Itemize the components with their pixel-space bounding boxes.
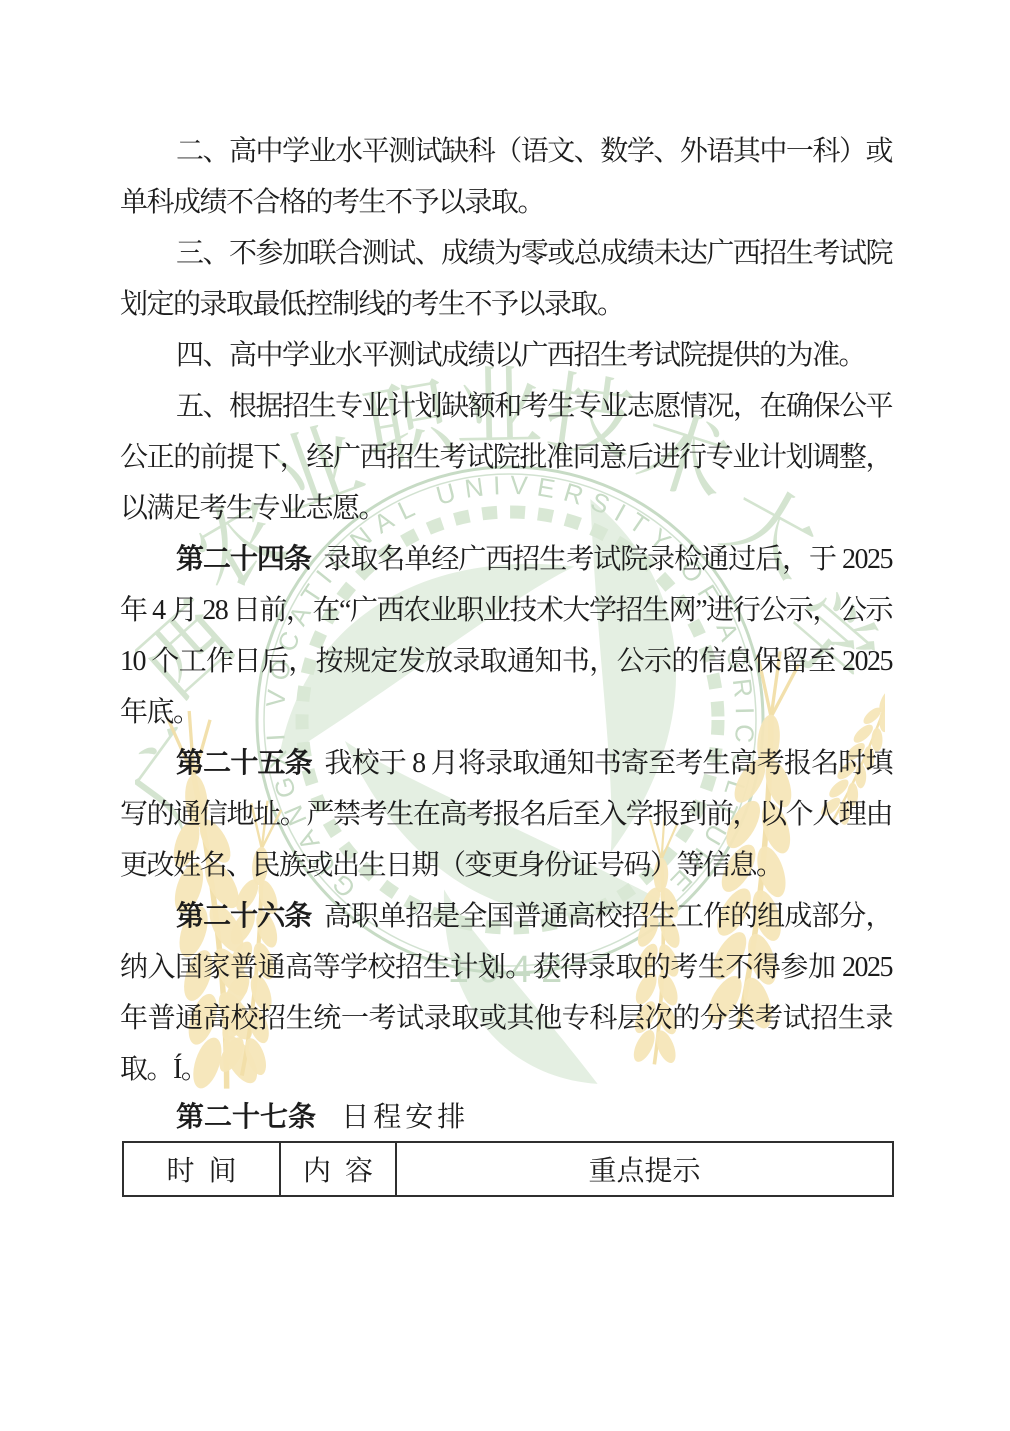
paragraph: 第二十五条我校于 8 月将录取通知书寄至考生高考报名时填写的通信地址。严禁考生在… (120, 738, 892, 891)
table-header-row: 时 间 内 容 重点提示 (123, 1142, 893, 1196)
table-header-time: 时 间 (123, 1142, 280, 1196)
article-number: 第二十五条 (176, 748, 312, 779)
paragraph: 第二十六条高职单招是全国普通高校招生工作的组成部分，纳入国家普通高等学校招生计划… (120, 891, 892, 1095)
paragraph-text: 三、不参加联合测试、成绩为零或总成绩未达广西招生考试院划定的录取最低控制线的考生… (120, 238, 892, 320)
paragraph-text: 四、高中学业水平测试成绩以广西招生考试院提供的为准。 (176, 340, 865, 371)
paragraph: 第二十四条录取名单经广西招生考试院录检通过后，于 2025 年 4 月 28 日… (120, 534, 892, 738)
schedule-title: 日程安排 (341, 1102, 469, 1133)
table-header-content: 内 容 (280, 1142, 396, 1196)
table-header-key-notes: 重点提示 (396, 1142, 893, 1196)
article-number: 第二十四条 (176, 544, 311, 575)
paragraph: 五、根据招生专业计划缺额和考生专业志愿情况，在确保公平公正的前提下，经广西招生考… (120, 381, 892, 534)
paragraph-text: 五、根据招生专业计划缺额和考生专业志愿情况，在确保公平公正的前提下，经广西招生考… (120, 391, 892, 524)
paragraph-list: 二、高中学业水平测试缺科（语文、数学、外语其中一科）或单科成绩不合格的考生不予以… (120, 126, 892, 1095)
document-content: 二、高中学业水平测试缺科（语文、数学、外语其中一科）或单科成绩不合格的考生不予以… (120, 126, 892, 1197)
article-number: 第二十七条 (176, 1102, 316, 1133)
schedule-table: 时 间 内 容 重点提示 (122, 1141, 894, 1197)
paragraph: 二、高中学业水平测试缺科（语文、数学、外语其中一科）或单科成绩不合格的考生不予以… (120, 126, 892, 228)
document-page: GUANGXI VOCATIONAL UNIVERSITY OF AGRICUL… (0, 0, 1010, 1431)
paragraph: 四、高中学业水平测试成绩以广西招生考试院提供的为准。 (120, 330, 892, 381)
article-number: 第二十六条 (176, 901, 311, 932)
paragraph-text: 二、高中学业水平测试缺科（语文、数学、外语其中一科）或单科成绩不合格的考生不予以… (120, 136, 892, 218)
article-27-heading: 第二十七条日程安排 (120, 1095, 892, 1141)
paragraph: 三、不参加联合测试、成绩为零或总成绩未达广西招生考试院划定的录取最低控制线的考生… (120, 228, 892, 330)
